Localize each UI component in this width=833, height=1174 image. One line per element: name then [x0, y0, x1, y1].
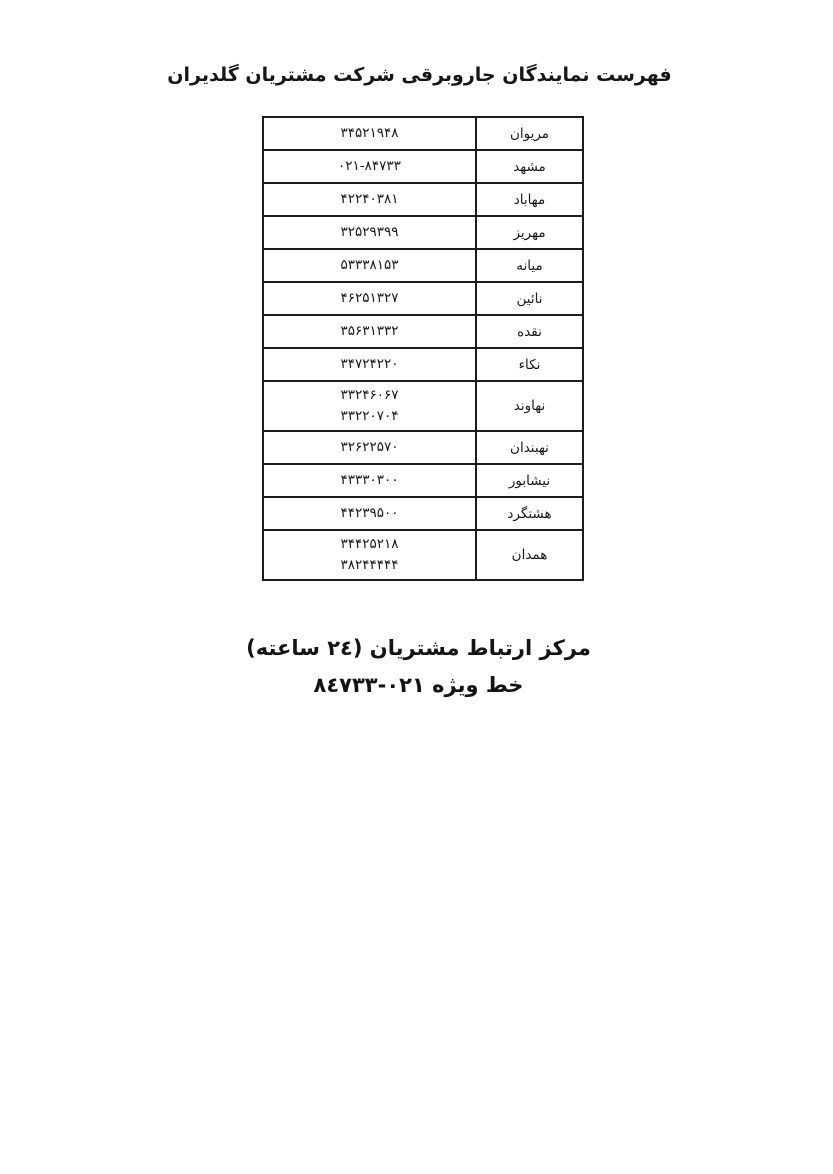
phone-cell: ۳۴۵۲۱۹۴۸ — [263, 117, 476, 150]
hotline-label: خط ویژه — [432, 673, 523, 697]
city-cell: نقده — [476, 315, 583, 348]
table-row: ۳۲۶۲۲۵۷۰نهبندان — [263, 431, 583, 464]
city-cell: نیشابور — [476, 464, 583, 497]
phone-number: ۵۳۳۳۸۱۵۳ — [266, 255, 473, 276]
phone-number: ۳۲۵۲۹۳۹۹ — [266, 222, 473, 243]
phone-number: ۳۴۵۲۱۹۴۸ — [266, 123, 473, 144]
phone-cell: ۳۵۶۳۱۳۳۲ — [263, 315, 476, 348]
table-row: ۴۶۲۵۱۳۲۷نائین — [263, 282, 583, 315]
phone-number: ۳۴۷۲۴۲۲۰ — [266, 354, 473, 375]
table-row: ۳۲۵۲۹۳۹۹مهریز — [263, 216, 583, 249]
city-cell: همدان — [476, 530, 583, 580]
city-cell: نهاوند — [476, 381, 583, 431]
table-row: ۳۵۶۳۱۳۳۲نقده — [263, 315, 583, 348]
phone-cell: ۵۳۳۳۸۱۵۳ — [263, 249, 476, 282]
city-cell: مهاباد — [476, 183, 583, 216]
table-row: ۳۴۷۲۴۲۲۰نکاء — [263, 348, 583, 381]
phone-cell: ۳۲۵۲۹۳۹۹ — [263, 216, 476, 249]
city-cell: مهریز — [476, 216, 583, 249]
table-row: ۴۲۲۴۰۳۸۱مهاباد — [263, 183, 583, 216]
city-cell: مریوان — [476, 117, 583, 150]
city-cell: نهبندان — [476, 431, 583, 464]
phone-cell: ۳۳۲۴۶۰۶۷۳۳۲۲۰۷۰۴ — [263, 381, 476, 431]
page-title: فهرست نمایندگان جاروبرقی شرکت مشتریان گل… — [6, 64, 833, 86]
phone-number: ۳۳۲۴۶۰۶۷ — [266, 385, 473, 406]
phone-cell: ۳۲۶۲۲۵۷۰ — [263, 431, 476, 464]
phone-number: ۳۸۲۴۴۴۴۴ — [266, 555, 473, 576]
city-cell: نائین — [476, 282, 583, 315]
table-row: ۴۳۳۳۰۳۰۰نیشابور — [263, 464, 583, 497]
table-row: ۳۴۴۲۵۲۱۸۳۸۲۴۴۴۴۴همدان — [263, 530, 583, 580]
phone-number: ۳۲۶۲۲۵۷۰ — [266, 437, 473, 458]
phone-number: ۴۲۲۴۰۳۸۱ — [266, 189, 473, 210]
table-row: ۵۳۳۳۸۱۵۳میانه — [263, 249, 583, 282]
table-row: ۰۲۱-۸۴۷۳۳مشهد — [263, 150, 583, 183]
phone-cell: ۳۴۷۲۴۲۲۰ — [263, 348, 476, 381]
contact-center-line: مرکز ارتباط مشتریان (٢٤ ساعته) — [4, 630, 833, 667]
phone-cell: ۰۲۱-۸۴۷۳۳ — [263, 150, 476, 183]
hotline-number: ٠٢١-٨٤٧٣٣ — [314, 673, 425, 697]
phone-number: ۴۳۳۳۰۳۰۰ — [266, 470, 473, 491]
representatives-table: ۳۴۵۲۱۹۴۸مریوان۰۲۱-۸۴۷۳۳مشهد۴۲۲۴۰۳۸۱مهابا… — [262, 116, 584, 581]
phone-cell: ۴۳۳۳۰۳۰۰ — [263, 464, 476, 497]
phone-cell: ۴۴۲۳۹۵۰۰ — [263, 497, 476, 530]
hotline-line: خط ویژه ٠٢١-٨٤٧٣٣ — [4, 667, 833, 704]
city-cell: میانه — [476, 249, 583, 282]
phone-number: ۴۶۲۵۱۳۲۷ — [266, 288, 473, 309]
phone-cell: ۴۶۲۵۱۳۲۷ — [263, 282, 476, 315]
phone-cell: ۴۲۲۴۰۳۸۱ — [263, 183, 476, 216]
phone-number: ۳۴۴۲۵۲۱۸ — [266, 534, 473, 555]
city-cell: نکاء — [476, 348, 583, 381]
phone-number: ۳۵۶۳۱۳۳۲ — [266, 321, 473, 342]
footer: مرکز ارتباط مشتریان (٢٤ ساعته) خط ویژه ٠… — [4, 630, 833, 704]
phone-number: ۳۳۲۲۰۷۰۴ — [266, 406, 473, 427]
table-body: ۳۴۵۲۱۹۴۸مریوان۰۲۱-۸۴۷۳۳مشهد۴۲۲۴۰۳۸۱مهابا… — [263, 117, 583, 580]
table-row: ۳۴۵۲۱۹۴۸مریوان — [263, 117, 583, 150]
phone-number: ۰۲۱-۸۴۷۳۳ — [266, 156, 473, 177]
city-cell: هشتگرد — [476, 497, 583, 530]
phone-number: ۴۴۲۳۹۵۰۰ — [266, 503, 473, 524]
city-cell: مشهد — [476, 150, 583, 183]
document-page: فهرست نمایندگان جاروبرقی شرکت مشتریان گل… — [0, 0, 833, 1174]
phone-cell: ۳۴۴۲۵۲۱۸۳۸۲۴۴۴۴۴ — [263, 530, 476, 580]
table-row: ۴۴۲۳۹۵۰۰هشتگرد — [263, 497, 583, 530]
table-row: ۳۳۲۴۶۰۶۷۳۳۲۲۰۷۰۴نهاوند — [263, 381, 583, 431]
